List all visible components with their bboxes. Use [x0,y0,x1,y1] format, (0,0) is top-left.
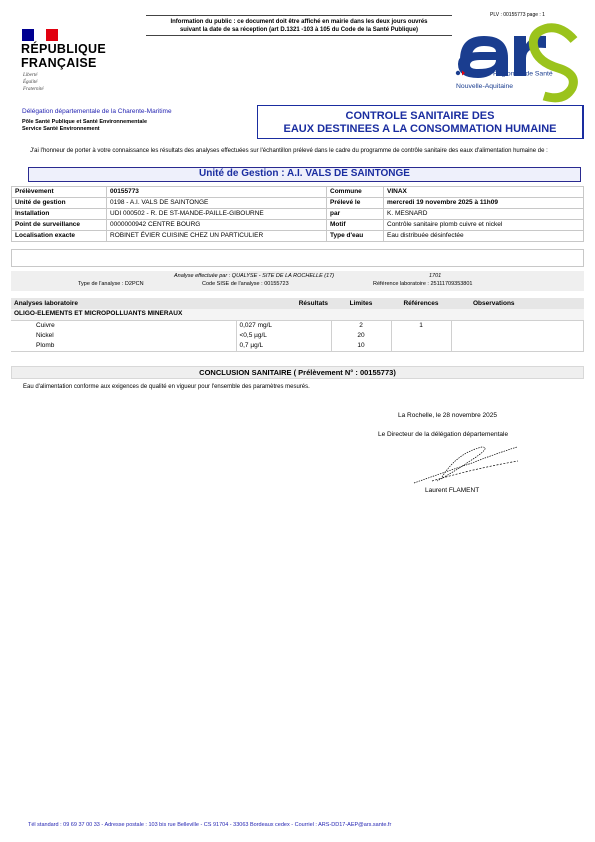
results-row: Plomb 0,7 µg/L 10 [11,341,584,352]
result-value: 0,7 µg/L [236,341,331,352]
public-notice: Information du public : ce document doit… [146,15,452,36]
results-group-row: OLIGO-ELEMENTS ET MICROPOLLUANTS MINERAU… [11,309,584,320]
info-value: VINAX [384,187,584,198]
info-row: Installation UDI 000502 - R. DE ST-MANDE… [12,209,584,220]
header-analyses: Analyses laboratoire [11,298,236,309]
result-value: 0,027 mg/L [236,320,331,331]
info-label: par [327,209,384,220]
info-label: Type d'eau [327,231,384,242]
analysis-lab-reference: Référence laboratoire : 25111709353801 [373,281,472,288]
result-value: <0,5 µg/L [236,331,331,341]
info-row: Localisation exacte ROBINET ÉVIER CUISIN… [12,231,584,242]
info-label: Commune [327,187,384,198]
header-resultats: Résultats [236,298,331,309]
results-row: Cuivre 0,027 mg/L 2 1 [11,320,584,331]
result-observation [451,341,584,352]
conclusion-text: Eau d'alimentation conforme aux exigence… [23,384,310,390]
result-reference [391,341,451,352]
info-value: 00155773 [107,187,327,198]
result-limit: 20 [331,331,391,341]
results-row: Nickel <0,5 µg/L 20 [11,331,584,341]
result-limit: 2 [331,320,391,331]
result-param: Nickel [11,331,236,341]
info-value: 0198 - A.I. VALS DE SAINTONGE [107,198,327,209]
document-title: CONTROLE SANITAIRE DES EAUX DESTINEES A … [257,105,584,139]
info-value: Eau distribuée désinfectée [384,231,584,242]
republic-line2: FRANÇAISE [21,56,106,70]
conclusion-title: CONCLUSION SANITAIRE ( Prélèvement N° : … [11,366,584,379]
republic-motto: Liberté Égalité Fraternité [23,72,44,93]
result-observation [451,320,584,331]
info-value: K. MESNARD [384,209,584,220]
unit-banner: Unité de Gestion : A.I. VALS DE SAINTONG… [28,167,581,182]
info-value: mercredi 19 novembre 2025 à 11h09 [384,198,584,209]
sample-info-table: Prélèvement 00155773 Commune VINAX Unité… [11,186,584,242]
analysis-type: Type de l'analyse : D2PCN [78,281,144,288]
info-label: Installation [12,209,107,220]
place-date: La Rochelle, le 28 novembre 2025 [398,412,497,419]
title-line1: CONTROLE SANITAIRE DES [258,110,582,123]
intro-text: J'ai l'honneur de porter à votre connais… [30,147,580,155]
delegation-name: Délégation départementale de la Charente… [22,108,172,115]
title-line2: EAUX DESTINEES A LA CONSOMMATION HUMAINE [258,123,582,136]
info-row: Unité de gestion 0198 - A.I. VALS DE SAI… [12,198,584,209]
result-observation [451,331,584,341]
public-notice-line1: Information du public : ce document doit… [146,18,452,26]
result-reference [391,331,451,341]
analysis-lab-code: 1701 [429,273,441,280]
analysis-info: Analyse effectuée par : QUALYSE - SITE D… [11,271,584,291]
republic-line1: RÉPUBLIQUE [21,42,106,56]
republique-francaise-logo: RÉPUBLIQUE FRANÇAISE [21,42,106,70]
ars-logo: Agence Régionale de Santé Nouvelle-Aquit… [450,18,590,106]
service-name: Service Santé Environnement [22,126,147,133]
motto-liberte: Liberté [23,72,44,79]
header-observations: Observations [451,298,584,309]
info-value: 0000000942 CENTRE BOURG [107,220,327,231]
analysis-sise-code: Code SISE de l'analyse : 00155723 [202,281,289,288]
header-limites: Limites [331,298,391,309]
info-label: Point de surveillance [12,220,107,231]
result-param: Plomb [11,341,236,352]
motto-egalite: Égalité [23,79,44,86]
empty-remarks-box [11,249,584,267]
results-header-row: Analyses laboratoire Résultats Limites R… [11,298,584,309]
public-notice-line2: suivant la date de sa réception (art D.1… [146,26,452,34]
info-value: ROBINET ÉVIER CUISINE CHEZ UN PARTICULIE… [107,231,327,242]
result-param: Cuivre [11,320,236,331]
results-table: Analyses laboratoire Résultats Limites R… [11,298,584,352]
info-label: Motif [327,220,384,231]
analysis-lab: Analyse effectuée par : QUALYSE - SITE D… [174,273,334,280]
motto-fraternite: Fraternité [23,86,44,93]
pole-service: Pôle Santé Publique et Santé Environneme… [22,119,147,133]
signature-icon [412,441,522,485]
info-row: Point de surveillance 0000000942 CENTRE … [12,220,584,231]
result-reference: 1 [391,320,451,331]
info-value: UDI 000502 - R. DE ST-MANDE-PAILLE-GIBOU… [107,209,327,220]
info-label: Prélevé le [327,198,384,209]
ars-agency-name: Agence Régionale de Santé [468,71,553,78]
header-references: Références [391,298,451,309]
signer-name: Laurent FLAMENT [425,487,479,494]
result-limit: 10 [331,341,391,352]
pole-name: Pôle Santé Publique et Santé Environneme… [22,119,147,126]
results-group-label: OLIGO-ELEMENTS ET MICROPOLLUANTS MINERAU… [11,309,584,320]
info-label: Localisation exacte [12,231,107,242]
signer-role: Le Directeur de la délégation départemen… [378,431,508,438]
footer-contact: Tél standard : 09 69 37 00 33 - Adresse … [28,822,391,828]
marianne-flag-icon [22,29,58,41]
info-value: Contrôle sanitaire plomb cuivre et nicke… [384,220,584,231]
info-row: Prélèvement 00155773 Commune VINAX [12,187,584,198]
ars-region-name: Nouvelle-Aquitaine [456,83,513,90]
info-label: Unité de gestion [12,198,107,209]
info-label: Prélèvement [12,187,107,198]
